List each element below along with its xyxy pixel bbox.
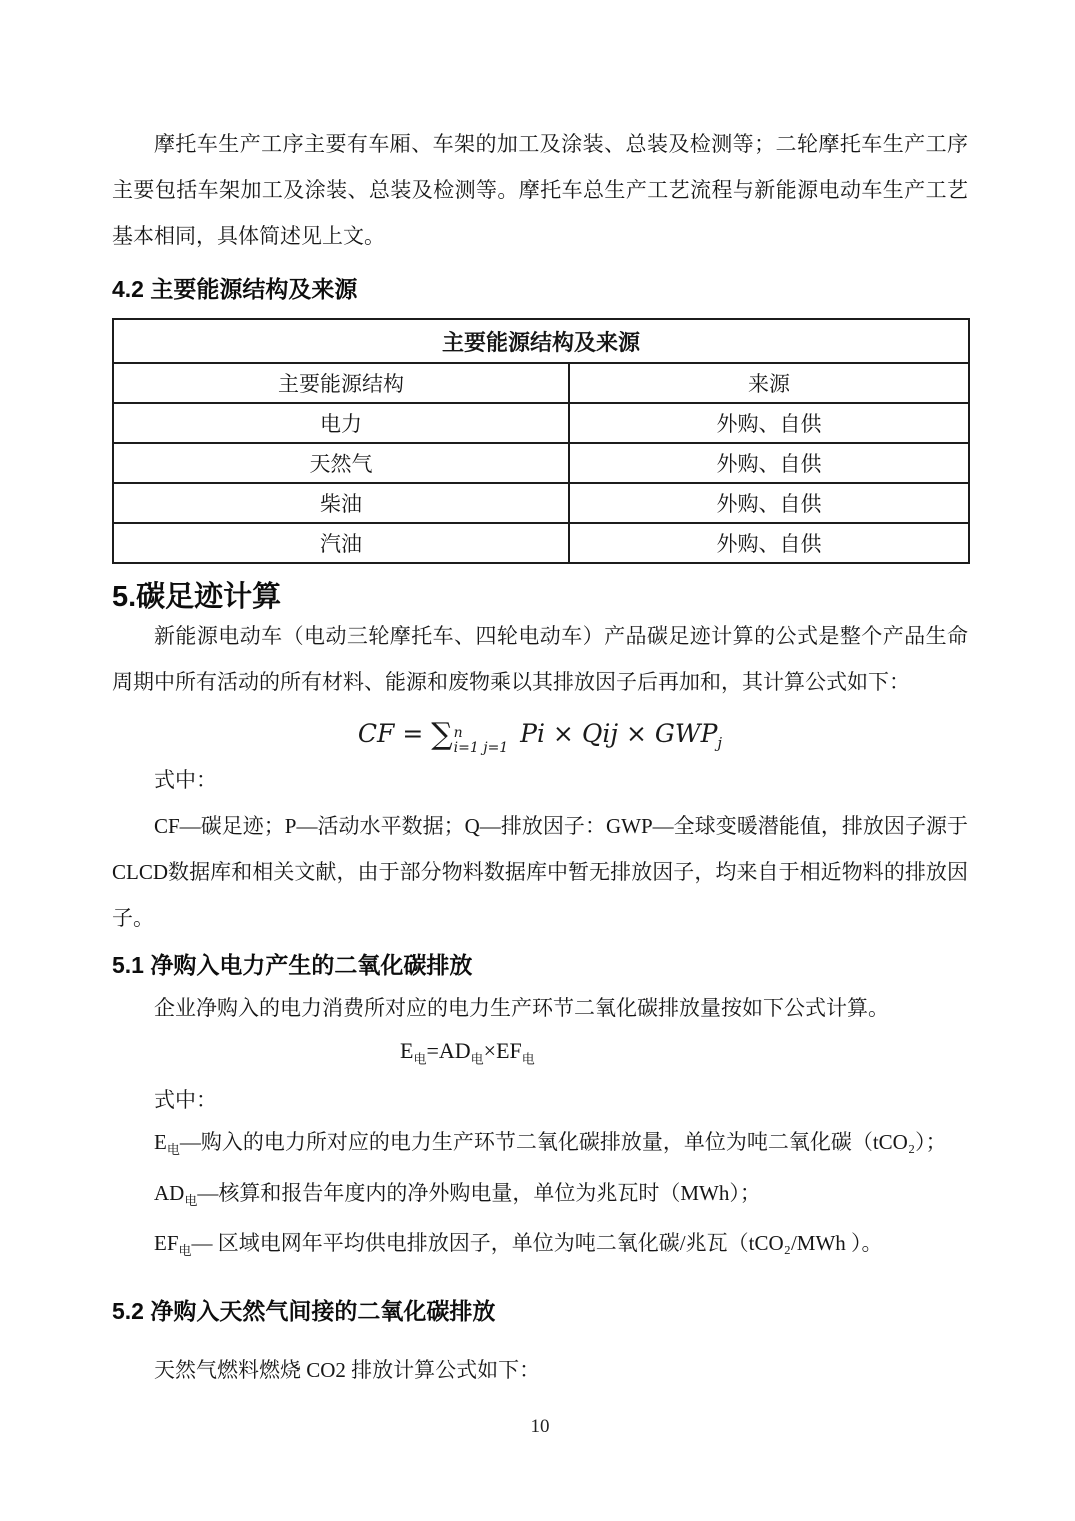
definition-text: — 区域电网年平均供电排放因子，单位为吨二氧化碳/兆瓦（tCO₂/MWh ）。 [192,1231,883,1255]
cell-energy: 汽油 [113,523,569,563]
definition-symbol-subscript: 电 [167,1143,180,1158]
table-row: 汽油 外购、自供 [113,523,969,563]
summation-icon: ∑ [431,717,452,752]
definition-symbol: AD [154,1181,184,1205]
formula-ad-symbol: =AD [426,1038,470,1063]
cell-energy: 天然气 [113,443,569,483]
formula-ef-subscript: 电 [522,1051,535,1066]
cell-source: 外购、自供 [569,483,969,523]
table-row: 电力 外购、自供 [113,403,969,443]
section-5-2-intro-paragraph: 天然气燃料燃烧 CO2 排放计算公式如下： [112,1347,968,1393]
formula-ad-subscript: 电 [471,1051,484,1066]
definition-ef: EF电— 区域电网年平均供电排放因子，单位为吨二氧化碳/兆瓦（tCO₂/MWh … [112,1222,968,1272]
definition-e: E电—购入的电力所对应的电力生产环节二氧化碳排放量，单位为吨二氧化碳（tCO₂）… [112,1121,968,1171]
cell-source: 外购、自供 [569,523,969,563]
where-label: 式中： [112,1079,968,1121]
formula-e-symbol: E [400,1038,413,1063]
section-4-2-heading: 4.2 主要能源结构及来源 [112,275,968,303]
summation-upper-limit: n [454,726,509,741]
intro-paragraph: 摩托车生产工序主要有车厢、车架的加工及涂装、总装及检测等；二轮摩托车生产工序主要… [112,121,968,259]
definition-ad: AD电—核算和报告年度内的净外购电量，单位为兆瓦时（MWh）； [112,1172,968,1222]
summation-lower-limit: i=1 j=1 [454,741,509,756]
definition-text: —购入的电力所对应的电力生产环节二氧化碳排放量，单位为吨二氧化碳（tCO₂）； [180,1130,947,1154]
cell-energy: 电力 [113,403,569,443]
section-5-intro-paragraph: 新能源电动车（电动三轮摩托车、四轮电动车）产品碳足迹计算的公式是整个产品生命周期… [112,613,968,705]
formula-ef-symbol: ×EF [484,1038,522,1063]
energy-structure-table: 主要能源结构及来源 主要能源结构 来源 电力 外购、自供 天然气 外购、自供 柴… [112,318,970,564]
cell-source: 外购、自供 [569,403,969,443]
table-row: 柴油 外购、自供 [113,483,969,523]
definition-symbol: E [154,1130,167,1154]
section-5-1-heading: 5.1 净购入电力产生的二氧化碳排放 [112,951,968,979]
definition-symbol-subscript: 电 [179,1243,192,1258]
table-title-row: 主要能源结构及来源 [113,319,969,363]
table-title: 主要能源结构及来源 [113,319,969,363]
section-5-heading: 5.碳足迹计算 [112,581,968,613]
document-content: 摩托车生产工序主要有车厢、车架的加工及涂装、总装及检测等；二轮摩托车生产工序主要… [112,0,968,1439]
summation-limits: ni=1 j=1 [454,726,509,755]
formula-explanation-paragraph: CF—碳足迹；P—活动水平数据；Q—排放因子：GWP—全球变暖潜能值，排放因子源… [112,803,968,941]
formula-terms-subscript: j [717,734,722,752]
where-label: 式中： [112,757,968,803]
table-row: 天然气 外购、自供 [113,443,969,483]
definition-text: —核算和报告年度内的净外购电量，单位为兆瓦时（MWh）； [197,1181,761,1205]
column-header-structure: 主要能源结构 [113,363,569,403]
definition-symbol-subscript: 电 [184,1193,197,1208]
cell-energy: 柴油 [113,483,569,523]
definition-symbol: EF [154,1231,179,1255]
electricity-emission-formula: E电=AD电×EF电 [400,1031,968,1079]
page-number: 10 [112,1415,968,1439]
table-header-row: 主要能源结构 来源 [113,363,969,403]
cell-source: 外购、自供 [569,443,969,483]
carbon-footprint-formula: CF = ∑ni=1 j=1 Pi × Qij × GWPj [112,711,968,757]
formula-e-subscript: 电 [413,1051,426,1066]
formula-terms: Pi × Qij × GWP [512,719,717,748]
document-page: 摩托车生产工序主要有车厢、车架的加工及涂装、总装及检测等；二轮摩托车生产工序主要… [0,0,1075,1521]
formula-lhs: CF = [358,719,431,748]
section-5-1-intro-paragraph: 企业净购入的电力消费所对应的电力生产环节二氧化碳排放量按如下公式计算。 [112,985,968,1031]
column-header-source: 来源 [569,363,969,403]
section-5-2-heading: 5.2 净购入天然气间接的二氧化碳排放 [112,1297,968,1325]
